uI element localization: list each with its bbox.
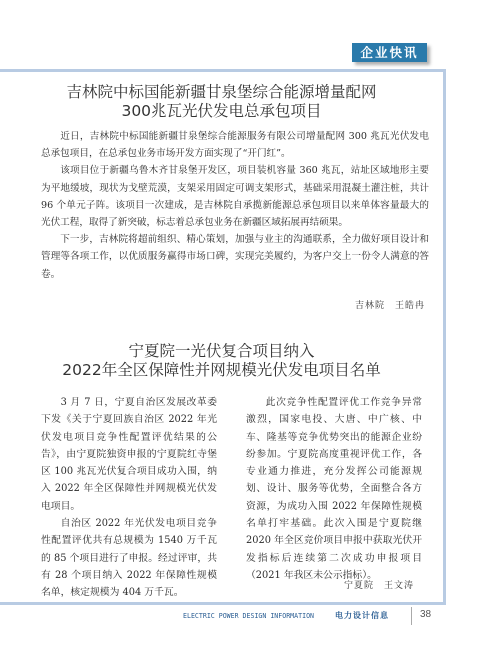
page-number: 38: [420, 609, 431, 620]
article1-paragraph: 该项目位于新疆乌鲁木齐甘泉堡开发区，项目装机容量 360 兆瓦，站址区域地形主要…: [41, 162, 429, 231]
page-footer: ELECTRIC POWER DESIGN INFORMATION 电力设计信息…: [0, 610, 480, 626]
article2-paragraph: 自治区 2022 年光伏发电项目竞争性配置评优共有总规模为 1540 万千瓦的 …: [41, 515, 217, 601]
article2-signature: 宁夏院 王文涛: [344, 578, 414, 591]
article1-paragraph: 下一步，吉林院将超前组织、精心策划，加强与业主的沟通联系，全力做好项目设计和管理…: [41, 231, 429, 283]
footer-chinese-title: 电力设计信息: [335, 610, 389, 621]
article1-body: 近日，吉林院中标国能新疆甘泉堡综合能源服务有限公司增量配网 300 兆瓦光伏发电…: [41, 128, 429, 283]
article2-title-line2: 2022年全区保障性并网规模光伏发电项目名单: [0, 361, 443, 380]
article2-title-line1: 宁夏院一光伏复合项目纳入: [0, 342, 443, 361]
article1-paragraph: 近日，吉林院中标国能新疆甘泉堡综合能源服务有限公司增量配网 300 兆瓦光伏发电…: [41, 128, 429, 162]
article2-paragraph: 3 月 7 日，宁夏自治区发展改革委下发《关于宁夏回族自治区 2022 年光伏发…: [41, 394, 217, 515]
article1-title-line2: 300兆瓦光伏发电总承包项目: [0, 102, 443, 121]
article2-right-column: 此次竞争性配置评优工作竞争异常激烈，国家电投、大唐、中广核、中车、隆基等竞争优势…: [246, 394, 422, 584]
footer-divider: [411, 607, 412, 625]
section-badge: 企业快讯: [352, 43, 427, 62]
article1-title: 吉林院中标国能新疆甘泉堡综合能源增量配网 300兆瓦光伏发电总承包项目: [0, 83, 443, 121]
article2-paragraph: 此次竞争性配置评优工作竞争异常激烈，国家电投、大唐、中广核、中车、隆基等竞争优势…: [246, 394, 422, 584]
article1-signature: 吉林院 王皓冉: [355, 298, 425, 311]
footer-english-title: ELECTRIC POWER DESIGN INFORMATION: [183, 612, 314, 620]
article2-title: 宁夏院一光伏复合项目纳入 2022年全区保障性并网规模光伏发电项目名单: [0, 342, 443, 380]
article1-title-line1: 吉林院中标国能新疆甘泉堡综合能源增量配网: [0, 83, 443, 102]
article2-left-column: 3 月 7 日，宁夏自治区发展改革委下发《关于宁夏回族自治区 2022 年光伏发…: [41, 394, 217, 602]
